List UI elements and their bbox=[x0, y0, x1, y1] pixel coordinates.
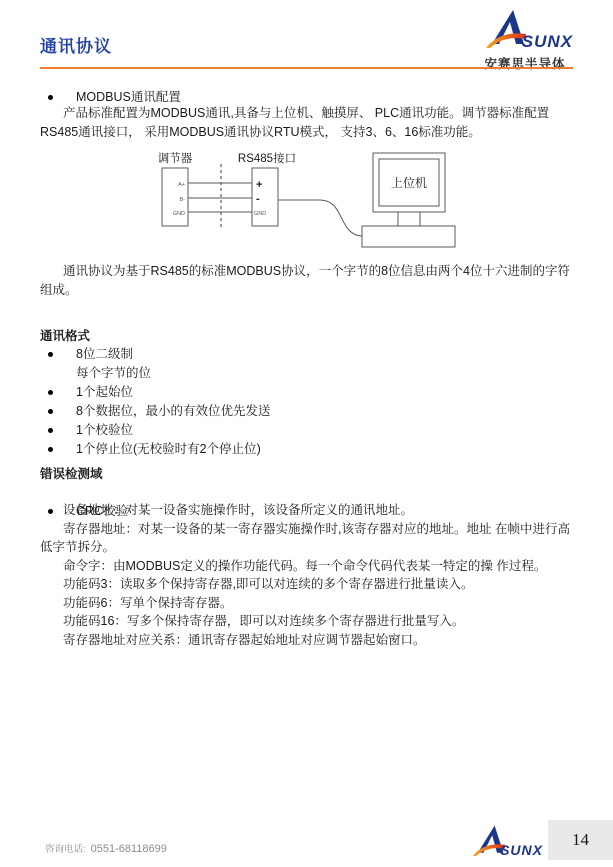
error-paragraph: 设备地址：对某一设备实施操作时，该设备所定义的通讯地址。 bbox=[40, 501, 573, 520]
bullet-icon bbox=[48, 447, 53, 452]
list-item: 1个起始位 bbox=[40, 383, 573, 402]
list-item-label: 8个数据位，最小的有效位优先发送 bbox=[76, 404, 270, 418]
regulator-terminal-gnd: GND bbox=[173, 211, 185, 217]
error-paragraph: 功能码3：读取多个保持寄存器,即可以对连续的多个寄存器进行批量读入。 bbox=[40, 575, 573, 594]
footer-phone: 咨询电话: 0551-68118699 bbox=[45, 841, 167, 855]
bullet-icon bbox=[48, 390, 53, 395]
list-item: 每个字节的位 bbox=[40, 364, 573, 383]
comm-format-list: 8位二级制 每个字节的位 1个起始位 8个数据位，最小的有效位优先发送 1个校验… bbox=[40, 345, 573, 459]
phone-label: 咨询电话: bbox=[45, 841, 86, 855]
protocol-paragraph: 通讯协议为基于RS485的标准MODBUS协议，一个字节的8位信息由两个4位十六… bbox=[40, 262, 573, 299]
brand-logo: SUNX 安赛思半导体 bbox=[477, 8, 573, 72]
host-base bbox=[362, 226, 455, 247]
wiring-diagram: 调节器 RS485接口 A+ B- GND + - GND 上位机 bbox=[140, 150, 470, 267]
list-item: 8位二级制 bbox=[40, 345, 573, 364]
bullet-icon bbox=[48, 352, 53, 357]
comm-format-heading: 通讯格式 bbox=[40, 326, 90, 344]
list-item-label: 1个校验位 bbox=[76, 423, 133, 437]
error-paragraph: 功能码16：写多个保持寄存器，即可以对连续多个寄存器进行批量写入。 bbox=[40, 612, 573, 631]
host-label: 上位机 bbox=[391, 175, 427, 190]
list-item-label: 每个字节的位 bbox=[76, 366, 151, 380]
bullet-icon bbox=[48, 95, 53, 100]
list-item: 1个校验位 bbox=[40, 421, 573, 440]
rs485-interface-label: RS485接口 bbox=[238, 151, 296, 165]
list-item-label: 1个停止位(无校验时有2个停止位) bbox=[76, 442, 261, 456]
regulator-terminal-a: A+ bbox=[178, 182, 185, 188]
regulator-label: 调节器 bbox=[158, 151, 193, 165]
intro-paragraph-text: 产品标准配置为MODBUS通讯,具备与上位机、触摸屏、 PLC通讯功能。调节器标… bbox=[40, 104, 573, 141]
protocol-paragraph-text: 通讯协议为基于RS485的标准MODBUS协议，一个字节的8位信息由两个4位十六… bbox=[40, 262, 573, 299]
error-paragraph: 命令字：由MODBUS定义的操作功能代码。每一个命令代码代表某一特定的操 作过程… bbox=[40, 557, 573, 576]
regulator-terminal-b: B- bbox=[180, 197, 186, 203]
list-item-label: 1个起始位 bbox=[76, 385, 133, 399]
brand-text: SUNX bbox=[522, 33, 573, 50]
rs485-terminal-gnd: GND bbox=[254, 211, 266, 217]
error-section-body: 设备地址：对某一设备实施操作时，该设备所定义的通讯地址。 寄存器地址：对某一设备… bbox=[40, 501, 573, 649]
error-paragraph: 功能码6：写单个保持寄存器。 bbox=[40, 594, 573, 613]
list-item: 8个数据位，最小的有效位优先发送 bbox=[40, 402, 573, 421]
rs485-terminal-plus: + bbox=[256, 179, 262, 191]
rs485-terminal-minus: - bbox=[256, 193, 260, 205]
error-section-heading: 错误检测域 bbox=[40, 464, 103, 482]
host-cable bbox=[278, 200, 362, 236]
page-number-badge: 14 bbox=[548, 820, 613, 860]
list-item-label: 8位二级制 bbox=[76, 347, 133, 361]
bullet-icon bbox=[48, 428, 53, 433]
brand-subtitle: 安赛思半导体 bbox=[477, 54, 573, 72]
document-page: 通讯协议 SUNX 安赛思半导体 MODBUS通讯配置 bbox=[0, 0, 613, 867]
footer-logo: SUNX bbox=[472, 824, 543, 861]
list-item: 1个停止位(无校验时有2个停止位) bbox=[40, 440, 573, 459]
error-paragraph: 寄存器地址：对某一设备的某一寄存器实施操作时,该寄存器对应的地址。地址 在帧中进… bbox=[40, 520, 573, 557]
brand-text: SUNX bbox=[500, 843, 543, 857]
error-paragraph: 寄存器地址对应关系：通讯寄存器起始地址对应调节器起始窗口。 bbox=[40, 631, 573, 650]
page-title: 通讯协议 bbox=[40, 32, 112, 57]
phone-number: 0551-68118699 bbox=[91, 843, 167, 855]
header-divider bbox=[40, 67, 573, 69]
page-number: 14 bbox=[572, 830, 589, 850]
modbus-config-label: MODBUS通讯配置 bbox=[76, 90, 181, 104]
bullet-icon bbox=[48, 409, 53, 414]
intro-paragraph: 产品标准配置为MODBUS通讯,具备与上位机、触摸屏、 PLC通讯功能。调节器标… bbox=[40, 104, 573, 141]
